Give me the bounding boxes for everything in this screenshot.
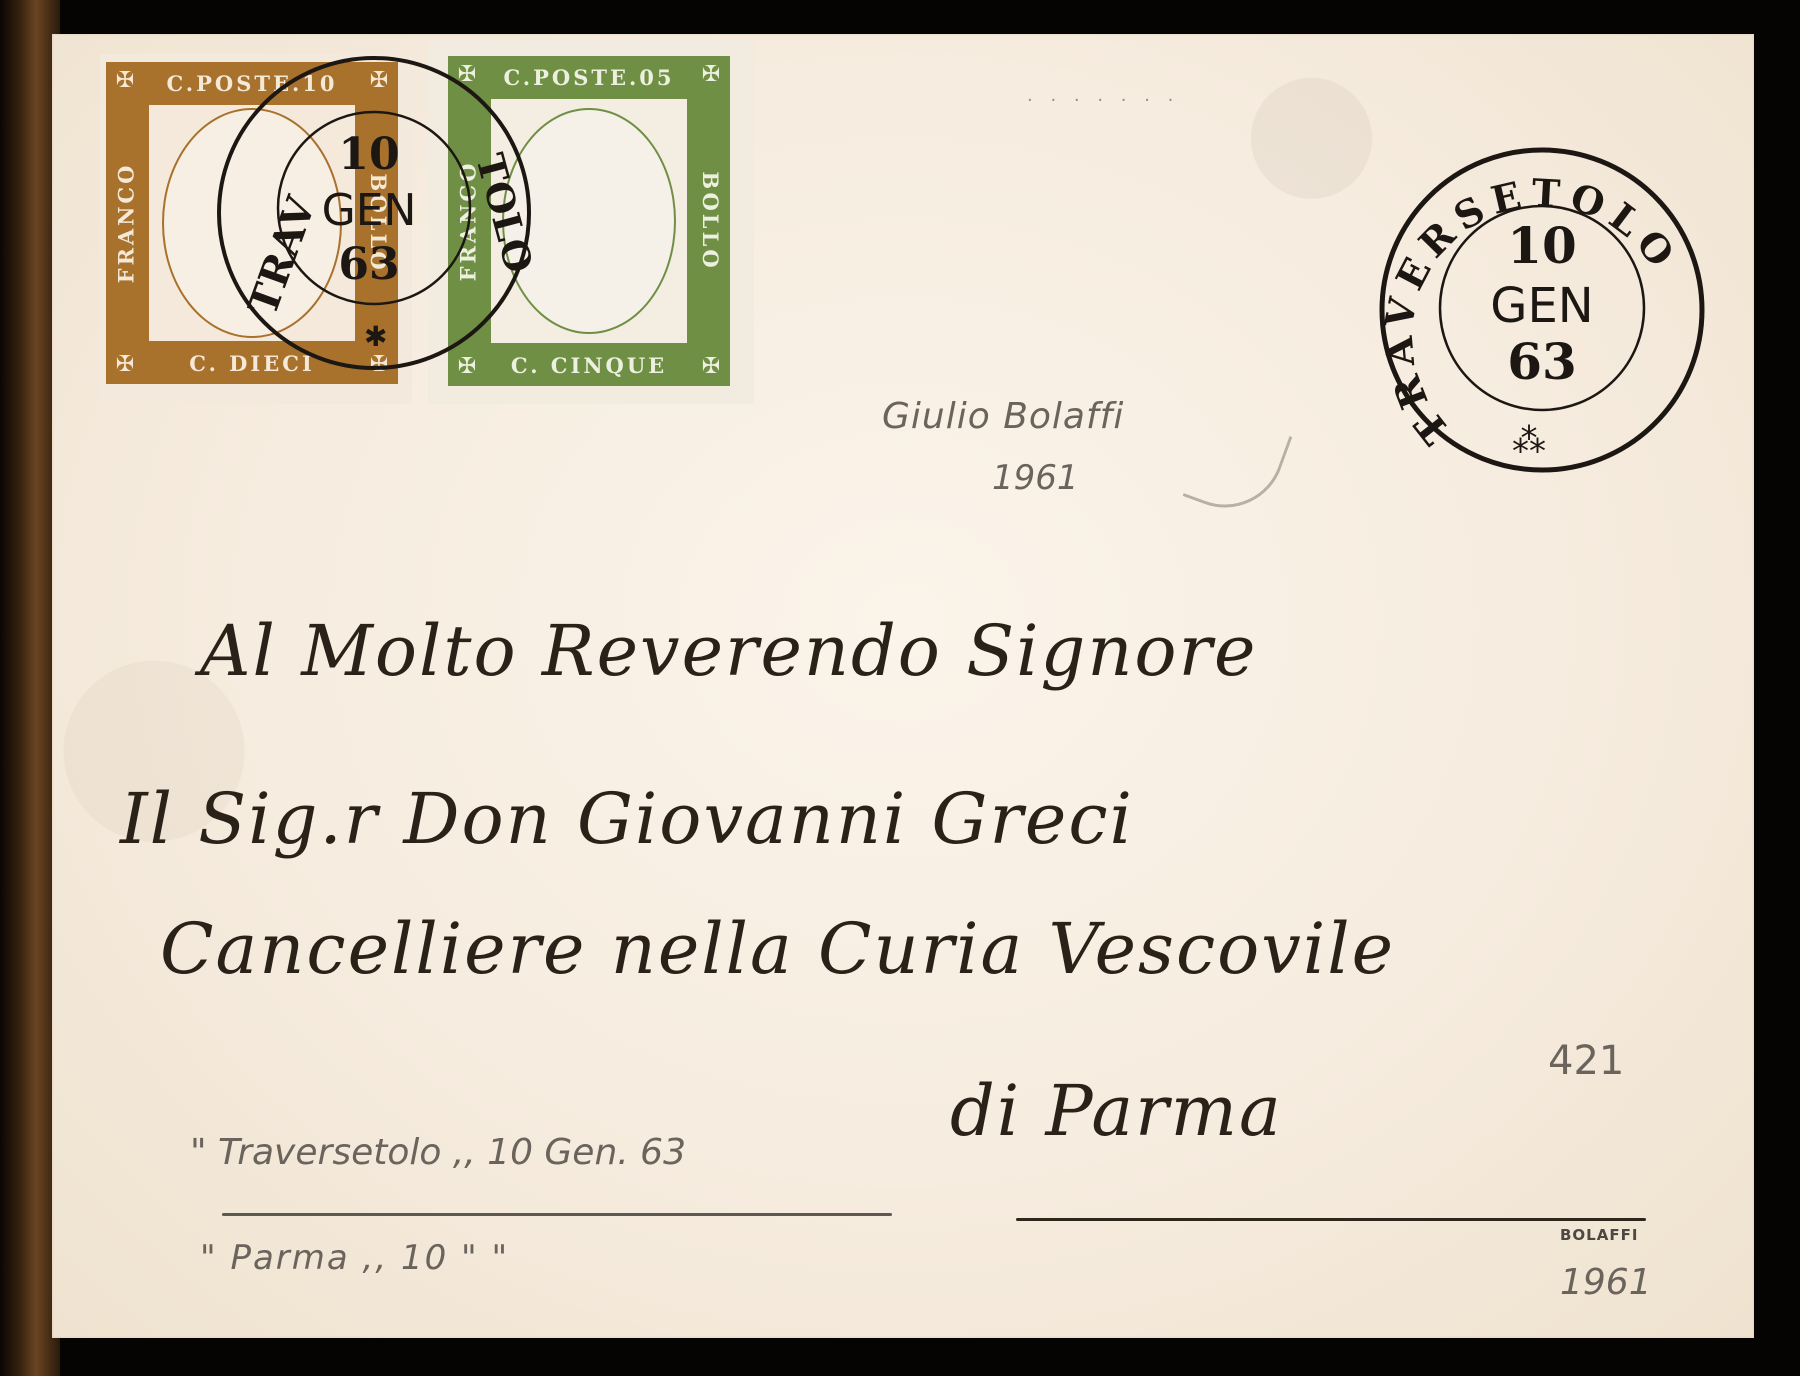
postmark-day: 10 [284,132,454,178]
postmark-day: 10 [1372,220,1712,272]
faint-top-marking: · · · · · · · [1027,90,1277,110]
postmark-on-stamps: TRAV TOLO ✱ 10 GEN 63 [214,48,544,378]
postmark-month: GEN [284,188,454,234]
postmark-ornament-icon: ⁂ [1512,421,1546,461]
note-underline [222,1213,892,1216]
postmark-traversetolo: TRAVERSETOLO ⁂ 10 GEN 63 [1372,140,1712,480]
postmark-month: GEN [1372,280,1712,332]
svg-text:✱: ✱ [364,320,387,353]
stamp-left-label: FRANCO [114,163,139,284]
address-line-3: Cancelliere nella Curia Vescovile [160,908,1395,990]
address-line-4: di Parma [950,1070,1283,1152]
address-underline [1016,1218,1646,1221]
scan-background-edge [0,0,60,1376]
stamp-right-label: BOLLO [698,171,723,270]
origin-note: " Traversetolo ,, 10 Gen. 63 [190,1132,686,1173]
address-line-2: Il Sig.r Don Giovanni Greci [120,778,1134,860]
catalog-number: 421 [1548,1038,1624,1084]
expert-handstamp: BOLAFFI [1560,1226,1638,1244]
address-line-1: Al Molto Reverendo Signore [200,610,1257,692]
expert-handstamp-year: 1961 [1560,1262,1652,1303]
arrival-note: " Parma ,, 10 " " [200,1238,509,1278]
expert-signature: Giulio Bolaffi [882,396,1124,437]
expert-signature-year: 1961 [992,458,1079,498]
postmark-year: 63 [1372,336,1712,388]
postmark-year: 63 [284,242,454,288]
